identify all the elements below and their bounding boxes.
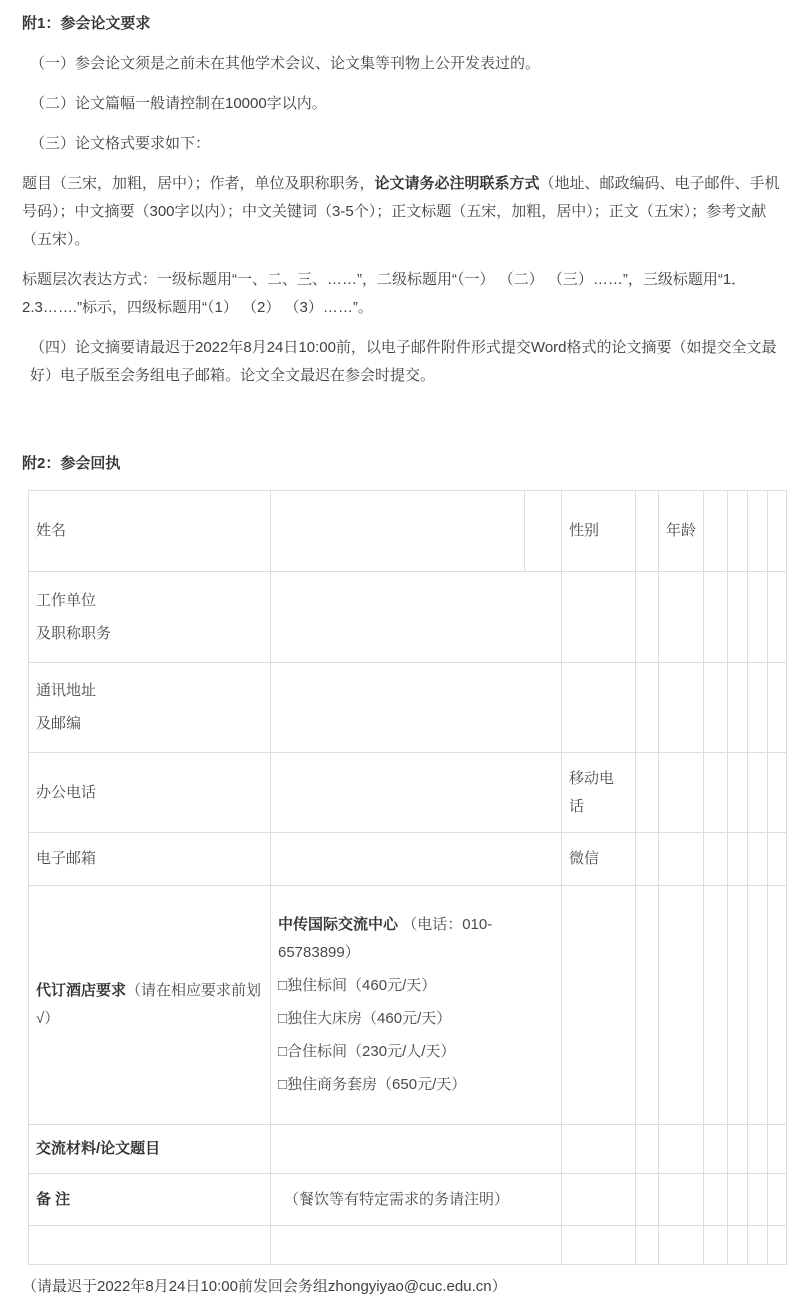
empty-cell xyxy=(768,833,787,886)
remark-row: 备 注 （餐饮等有特定需求的务请注明） xyxy=(29,1174,787,1226)
empty-cell xyxy=(659,1125,704,1174)
empty-cell xyxy=(562,1226,636,1265)
empty-cell xyxy=(562,1174,636,1226)
empty-cell xyxy=(728,1174,748,1226)
address-label-cell: 通讯地址 及邮编 xyxy=(29,663,271,753)
empty-cell xyxy=(728,572,748,663)
work-unit-row: 工作单位 及职称职务 xyxy=(29,572,787,663)
empty-cell xyxy=(768,491,787,572)
hotel-label-bold: 代订酒店要求 xyxy=(36,982,126,999)
empty-cell xyxy=(748,1125,768,1174)
empty-cell xyxy=(728,1226,748,1265)
attachment1-heading: 附1：参会论文要求 xyxy=(22,10,782,38)
empty-cell xyxy=(768,663,787,753)
empty-cell xyxy=(728,833,748,886)
empty-cell xyxy=(748,886,768,1125)
paper-format-para: 题目（三宋，加粗，居中）；作者，单位及职称职务，论文请务必注明联系方式（地址、邮… xyxy=(22,170,782,254)
empty-cell xyxy=(768,1174,787,1226)
materials-row: 交流材料/论文题目 xyxy=(29,1125,787,1174)
spacer-cell xyxy=(525,491,562,572)
format-bold-text: 论文请务必注明联系方式 xyxy=(375,175,540,192)
hotel-option-checkbox-line: □独住商务套房（650元/天） xyxy=(278,1071,554,1099)
mobile-phone-value-cell xyxy=(659,753,704,833)
phone-row: 办公电话 移动电话 xyxy=(29,753,787,833)
empty-cell xyxy=(728,753,748,833)
hotel-option-checkbox-line: □独住大床房（460元/天） xyxy=(278,1005,554,1033)
address-value-cell xyxy=(271,663,562,753)
empty-cell xyxy=(659,886,704,1125)
empty-cell xyxy=(636,1125,659,1174)
empty-cell xyxy=(636,886,659,1125)
empty-cell xyxy=(659,1174,704,1226)
empty-cell xyxy=(768,1125,787,1174)
materials-label-cell: 交流材料/论文题目 xyxy=(29,1125,271,1174)
reply-deadline-note: （请最迟于2022年8月24日10:00前发回会务组zhongyiyao@cuc… xyxy=(22,1273,782,1301)
empty-cell xyxy=(748,833,768,886)
att1-item-4: （四）论文摘要请最迟于2022年8月24日10:00前，以电子邮件附件形式提交W… xyxy=(22,334,782,390)
empty-cell xyxy=(704,886,728,1125)
empty-cell xyxy=(768,572,787,663)
empty-cell xyxy=(704,663,728,753)
empty-cell xyxy=(748,572,768,663)
empty-cell xyxy=(704,572,728,663)
empty-cell xyxy=(636,1226,659,1265)
empty-cell xyxy=(728,1125,748,1174)
empty-cell xyxy=(636,753,659,833)
empty-cell xyxy=(29,1226,271,1265)
email-value-cell xyxy=(271,833,562,886)
mobile-phone-label-cell: 移动电话 xyxy=(562,753,636,833)
document-page: 附1：参会论文要求 （一）参会论文须是之前未在其他学术会议、论文集等刊物上公开发… xyxy=(22,10,782,1301)
empty-cell xyxy=(748,491,768,572)
hotel-label-cell: 代订酒店要求（请在相应要求前划√） xyxy=(29,886,271,1125)
hotel-options-cell: 中传国际交流中心 （电话：010-65783899） □独住标间（460元/天）… xyxy=(271,886,562,1125)
work-unit-label-cell: 工作单位 及职称职务 xyxy=(29,572,271,663)
format-pre-text: 题目（三宋，加粗，居中）；作者，单位及职称职务， xyxy=(22,175,375,192)
empty-cell xyxy=(659,663,704,753)
empty-cell xyxy=(768,1226,787,1265)
age-value-cell xyxy=(704,491,728,572)
work-unit-label-line2: 及职称职务 xyxy=(36,620,263,648)
address-label-line2: 及邮编 xyxy=(36,710,263,738)
wechat-label-cell: 微信 xyxy=(562,833,636,886)
empty-cell xyxy=(728,491,748,572)
hotel-option-checkbox-line: □合住标间（230元/人/天） xyxy=(278,1038,554,1066)
reply-form-table: 姓名 性别 年龄 工作单位 及职称职务 xyxy=(28,490,787,1265)
materials-value-cell xyxy=(271,1125,562,1174)
office-phone-value-cell xyxy=(271,753,562,833)
hotel-name-line: 中传国际交流中心 （电话：010-65783899） xyxy=(278,911,554,967)
name-row: 姓名 性别 年龄 xyxy=(29,491,787,572)
hotel-row: 代订酒店要求（请在相应要求前划√） 中传国际交流中心 （电话：010-65783… xyxy=(29,886,787,1125)
empty-cell xyxy=(636,572,659,663)
address-label-line1: 通讯地址 xyxy=(36,677,263,705)
remark-value-cell: （餐饮等有特定需求的务请注明） xyxy=(271,1174,562,1226)
empty-cell xyxy=(748,1226,768,1265)
empty-cell xyxy=(562,572,636,663)
heading-levels-para: 标题层次表达方式：一级标题用“一、二、三、……”，二级标题用“（一） （二） （… xyxy=(22,266,782,322)
empty-cell xyxy=(748,753,768,833)
work-unit-value-cell xyxy=(271,572,562,663)
att1-item-2: （二）论文篇幅一般请控制在10000字以内。 xyxy=(22,90,782,118)
empty-cell xyxy=(562,1125,636,1174)
hotel-option-checkbox-line: □独住标间（460元/天） xyxy=(278,972,554,1000)
email-row: 电子邮箱 微信 xyxy=(29,833,787,886)
empty-cell xyxy=(659,1226,704,1265)
empty-cell xyxy=(728,663,748,753)
age-label-cell: 年龄 xyxy=(659,491,704,572)
name-label-cell: 姓名 xyxy=(29,491,271,572)
hotel-label: 代订酒店要求（请在相应要求前划√） xyxy=(36,977,263,1033)
office-phone-label-cell: 办公电话 xyxy=(29,753,271,833)
gender-label-cell: 性别 xyxy=(562,491,636,572)
empty-cell xyxy=(704,1174,728,1226)
remark-note: （餐饮等有特定需求的务请注明） xyxy=(278,1191,509,1208)
empty-cell xyxy=(768,886,787,1125)
empty-cell xyxy=(636,1174,659,1226)
empty-cell xyxy=(704,1125,728,1174)
work-unit-label-line1: 工作单位 xyxy=(36,587,263,615)
empty-cell xyxy=(768,753,787,833)
address-row: 通讯地址 及邮编 xyxy=(29,663,787,753)
att1-item-3: （三）论文格式要求如下： xyxy=(22,130,782,158)
empty-cell xyxy=(636,833,659,886)
remark-label-cell: 备 注 xyxy=(29,1174,271,1226)
empty-cell xyxy=(748,663,768,753)
email-label-cell: 电子邮箱 xyxy=(29,833,271,886)
empty-cell xyxy=(562,886,636,1125)
empty-cell xyxy=(636,663,659,753)
attachment2-heading: 附2：参会回执 xyxy=(22,450,782,478)
name-value-cell xyxy=(271,491,525,572)
att1-item-1: （一）参会论文须是之前未在其他学术会议、论文集等刊物上公开发表过的。 xyxy=(22,50,782,78)
empty-cell xyxy=(659,572,704,663)
empty-row xyxy=(29,1226,787,1265)
empty-cell xyxy=(704,753,728,833)
gender-value-cell xyxy=(636,491,659,572)
empty-cell xyxy=(748,1174,768,1226)
wechat-value-cell xyxy=(659,833,704,886)
empty-cell xyxy=(704,1226,728,1265)
empty-cell xyxy=(271,1226,562,1265)
hotel-name-bold: 中传国际交流中心 xyxy=(278,916,398,933)
empty-cell xyxy=(562,663,636,753)
empty-cell xyxy=(728,886,748,1125)
empty-cell xyxy=(704,833,728,886)
